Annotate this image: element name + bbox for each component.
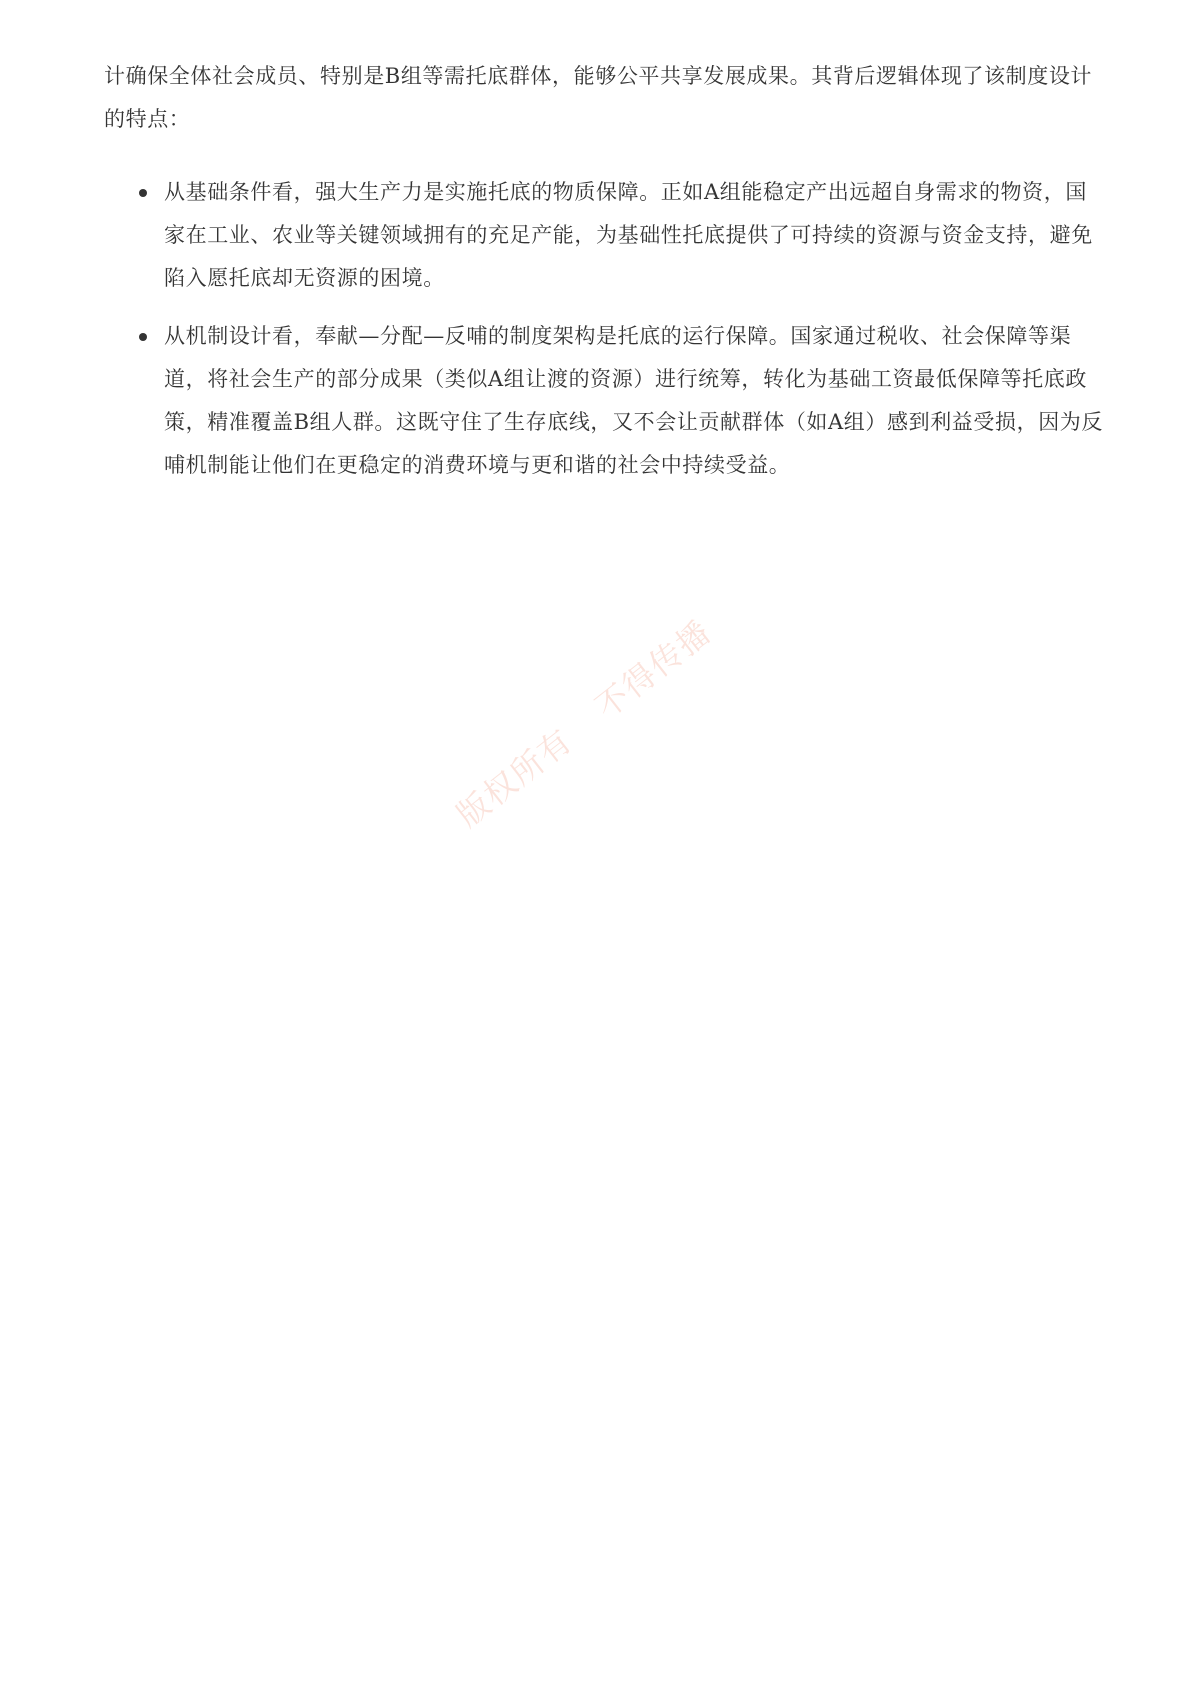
bullet-text: 从机制设计看，奉献—分配—反哺的制度架构是托底的运行保障。国家通过税收、社会保障… bbox=[164, 324, 1103, 477]
watermark-text-copyright: 版权所有 bbox=[450, 721, 581, 835]
document-page: 计确保全体社会成员、特别是B组等需托底群体，能够公平共享发展成果。其背后逻辑体现… bbox=[104, 55, 1104, 502]
list-item: 从基础条件看，强大生产力是实施托底的物质保障。正如A组能稳定产出远超自身需求的物… bbox=[104, 171, 1104, 300]
watermark-text-no-distribution: 不得传播 bbox=[588, 612, 719, 726]
list-item: 从机制设计看，奉献—分配—反哺的制度架构是托底的运行保障。国家通过税收、社会保障… bbox=[104, 315, 1104, 487]
copyright-watermark: 版权所有不得传播 bbox=[446, 608, 720, 836]
bullet-list: 从基础条件看，强大生产力是实施托底的物质保障。正如A组能稳定产出远超自身需求的物… bbox=[104, 171, 1104, 487]
bullet-icon bbox=[139, 333, 147, 341]
bullet-icon bbox=[139, 189, 147, 197]
bullet-text: 从基础条件看，强大生产力是实施托底的物质保障。正如A组能稳定产出远超自身需求的物… bbox=[164, 180, 1093, 290]
intro-paragraph: 计确保全体社会成员、特别是B组等需托底群体，能够公平共享发展成果。其背后逻辑体现… bbox=[104, 55, 1104, 141]
